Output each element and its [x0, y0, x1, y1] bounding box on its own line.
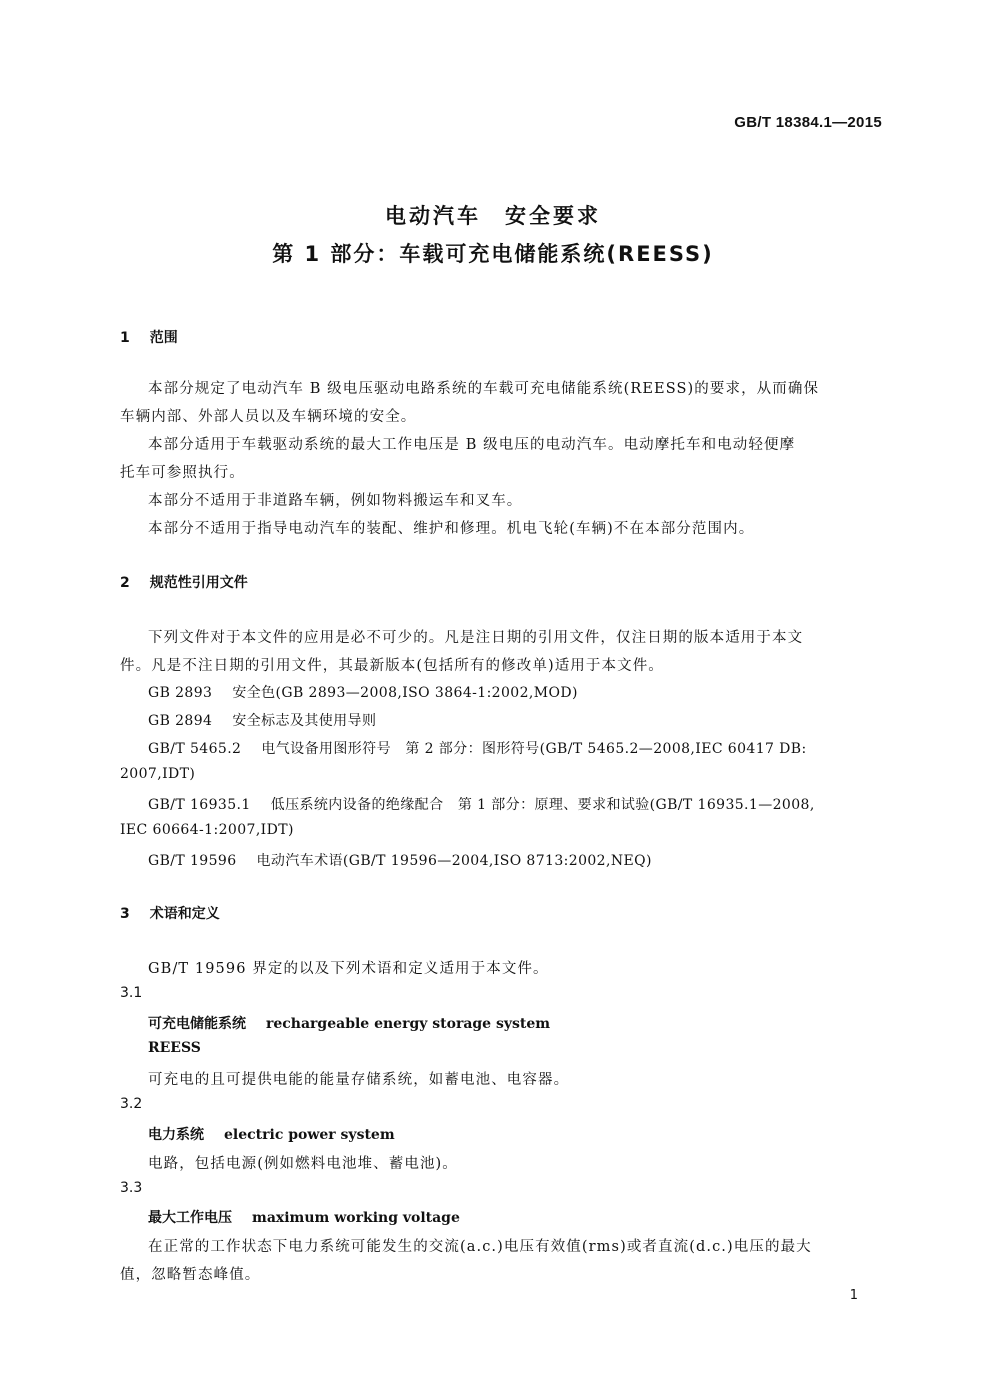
document-title: 电动汽车 安全要求	[0, 200, 986, 230]
reference-code: GB 2894	[148, 713, 212, 729]
section-number: 1	[120, 330, 130, 346]
term-number: 3.2	[120, 1096, 142, 1112]
paragraph: 本部分规定了电动汽车 B 级电压驱动电路系统的车载可充电储能系统(REESS)的…	[148, 377, 819, 398]
paragraph-continuation: 车辆内部、外部人员以及车辆环境的安全。	[120, 405, 416, 426]
term-definition: 电路，包括电源(例如燃料电池堆、蓄电池)。	[148, 1152, 458, 1173]
reference-item: GB 2894安全标志及其使用导则	[148, 710, 376, 730]
paragraph: 本部分适用于车载驱动系统的最大工作电压是 B 级电压的电动汽车。电动摩托车和电动…	[148, 433, 795, 454]
reference-item: GB/T 19596电动汽车术语(GB/T 19596—2004,ISO 871…	[148, 850, 652, 870]
paragraph: 下列文件对于本文件的应用是必不可少的。凡是注日期的引用文件，仅注日期的版本适用于…	[148, 626, 803, 647]
paragraph-continuation: 托车可参照执行。	[120, 461, 245, 482]
reference-item: GB/T 5465.2电气设备用图形符号 第 2 部分：图形符号(GB/T 54…	[148, 738, 807, 758]
term-en: maximum working voltage	[252, 1210, 460, 1226]
reference-title: 电气设备用图形符号 第 2 部分：图形符号(GB/T 5465.2—2008,I…	[261, 741, 806, 757]
section-heading-terms-definitions: 3术语和定义	[120, 903, 220, 923]
paragraph: 本部分不适用于指导电动汽车的装配、维护和修理。机电飞轮(车辆)不在本部分范围内。	[148, 517, 754, 538]
reference-title: 安全标志及其使用导则	[232, 713, 376, 729]
term-zh: 电力系统	[148, 1127, 204, 1143]
section-title: 规范性引用文件	[150, 575, 248, 591]
reference-item: GB/T 16935.1低压系统内设备的绝缘配合 第 1 部分：原理、要求和试验…	[148, 794, 815, 814]
section-number: 3	[120, 906, 130, 922]
section-heading-normative-references: 2规范性引用文件	[120, 572, 248, 592]
term-number: 3.3	[120, 1180, 142, 1196]
term-zh: 最大工作电压	[148, 1210, 232, 1226]
term-definition: 在正常的工作状态下电力系统可能发生的交流(a.c.)电压有效值(rms)或者直流…	[148, 1235, 812, 1256]
term-en: electric power system	[224, 1127, 395, 1143]
paragraph: GB/T 19596 界定的以及下列术语和定义适用于本文件。	[148, 957, 549, 978]
term-number: 3.1	[120, 985, 142, 1001]
standard-code: GB/T 18384.1—2015	[734, 114, 882, 131]
reference-item: GB 2893安全色(GB 2893—2008,ISO 3864-1:2002,…	[148, 682, 578, 702]
term-abbreviation: REESS	[148, 1040, 201, 1056]
reference-code: GB/T 19596	[148, 853, 237, 869]
section-heading-scope: 1范围	[120, 327, 178, 347]
paragraph: 本部分不适用于非道路车辆，例如物料搬运车和叉车。	[148, 489, 522, 510]
section-title: 范围	[150, 330, 178, 346]
paragraph-continuation: 件。凡是不注日期的引用文件，其最新版本(包括所有的修改单)适用于本文件。	[120, 654, 664, 675]
section-number: 2	[120, 575, 130, 591]
term-en: rechargeable energy storage system	[266, 1016, 550, 1032]
reference-continuation: IEC 60664-1:2007,IDT)	[120, 822, 294, 838]
reference-code: GB/T 16935.1	[148, 797, 251, 813]
reference-title: 安全色(GB 2893—2008,ISO 3864-1:2002,MOD)	[232, 685, 578, 701]
term-name: 电力系统electric power system	[148, 1124, 395, 1144]
document-subtitle: 第 1 部分：车载可充电储能系统(REESS)	[0, 238, 986, 268]
reference-title: 低压系统内设备的绝缘配合 第 1 部分：原理、要求和试验(GB/T 16935.…	[271, 797, 815, 813]
page-number: 1	[850, 1288, 858, 1303]
reference-continuation: 2007,IDT)	[120, 766, 195, 782]
section-title: 术语和定义	[150, 906, 220, 922]
reference-title: 电动汽车术语(GB/T 19596—2004,ISO 8713:2002,NEQ…	[257, 853, 652, 869]
reference-code: GB/T 5465.2	[148, 741, 241, 757]
term-definition: 可充电的且可提供电能的能量存储系统，如蓄电池、电容器。	[148, 1068, 569, 1089]
term-name: 可充电储能系统rechargeable energy storage syste…	[148, 1013, 550, 1033]
term-definition-continuation: 值，忽略暂态峰值。	[120, 1263, 260, 1284]
term-name: 最大工作电压maximum working voltage	[148, 1207, 460, 1227]
term-zh: 可充电储能系统	[148, 1016, 246, 1032]
reference-code: GB 2893	[148, 685, 212, 701]
